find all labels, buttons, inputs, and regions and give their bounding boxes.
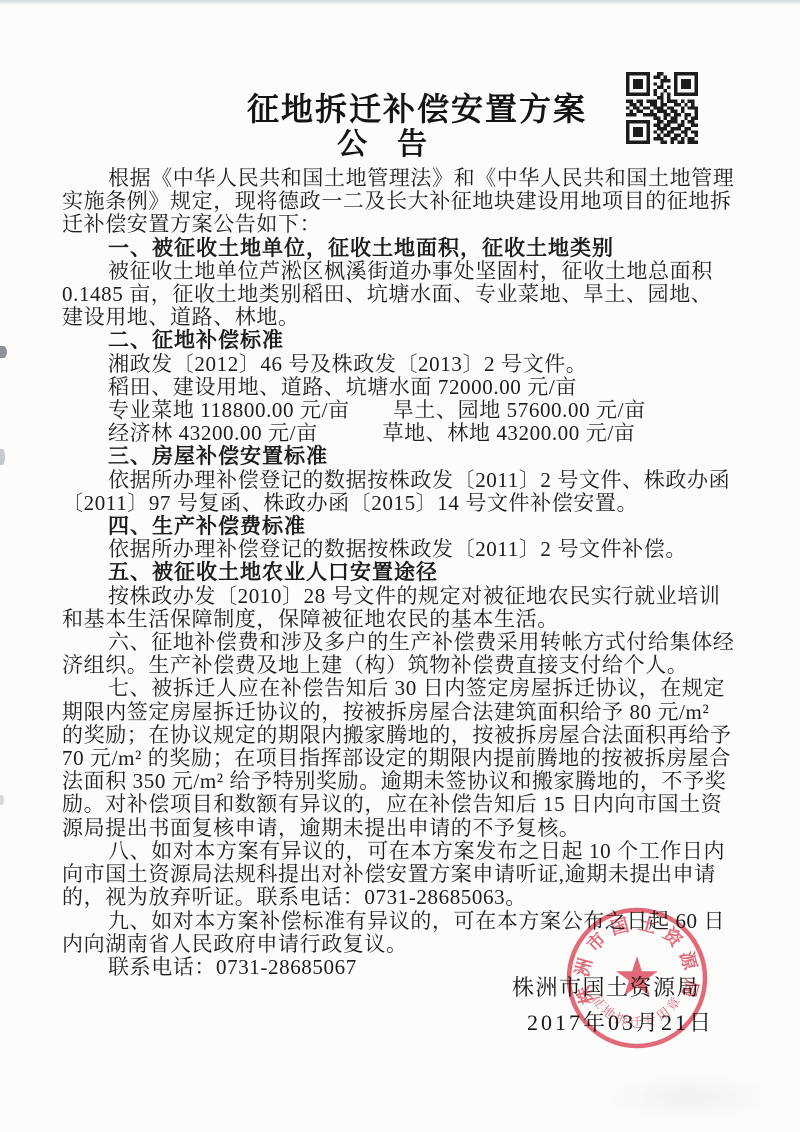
qr-module [674, 134, 677, 137]
body-line: 的奖励；在协议规定的期限内搬家腾地的，按被拆房屋合法面积再给予 [62, 724, 742, 747]
qr-module [681, 72, 684, 75]
qr-module [664, 89, 667, 92]
qr-module [653, 123, 656, 126]
qr-module [626, 86, 629, 89]
qr-module [633, 103, 636, 106]
qr-module [636, 86, 639, 89]
qr-module [629, 113, 632, 116]
qr-module [650, 110, 653, 113]
qr-module [647, 72, 650, 75]
qr-module [691, 117, 694, 120]
body-line: 经济林 43200.00 元/亩 草地、林地 43200.00 元/亩 [62, 422, 742, 445]
qr-module [629, 99, 632, 102]
qr-module [660, 103, 663, 106]
qr-module [636, 106, 639, 109]
qr-module [691, 130, 694, 133]
qr-module [640, 93, 643, 96]
qr-module [664, 110, 667, 113]
qr-module [653, 103, 656, 106]
qr-module [677, 103, 680, 106]
body-line: 专业菜地 118800.00 元/亩 旱土、园地 57600.00 元/亩 [62, 399, 742, 422]
section-heading: 三、房屋补偿安置标准 [62, 445, 742, 468]
qr-module [684, 72, 687, 75]
qr-module [640, 120, 643, 123]
qr-module [636, 110, 639, 113]
qr-code [626, 72, 698, 144]
qr-module [684, 117, 687, 120]
qr-module [626, 123, 629, 126]
qr-module [684, 127, 687, 130]
qr-module [657, 96, 660, 99]
qr-module [647, 89, 650, 92]
qr-module [657, 117, 660, 120]
qr-module [684, 79, 687, 82]
qr-module [650, 113, 653, 116]
qr-module [677, 141, 680, 144]
body-line: 依据所办理补偿登记的数据按株政发〔2011〕2 号文件、株政办函 [62, 469, 742, 492]
document-body: 根据《中华人民共和国土地管理法》和《中华人民共和国土地管理实施条例》规定，现将德… [0, 167, 800, 979]
qr-module [653, 89, 656, 92]
qr-module [695, 82, 698, 85]
qr-module [660, 110, 663, 113]
qr-module [691, 137, 694, 140]
qr-module [657, 110, 660, 113]
qr-module [688, 106, 691, 109]
qr-module [660, 72, 663, 75]
qr-module [633, 93, 636, 96]
qr-module [647, 99, 650, 102]
qr-module [653, 82, 656, 85]
qr-module [671, 120, 674, 123]
qr-module [674, 110, 677, 113]
body-line: 九、如对本方案补偿标准有异议的，可在本方案公布之日起 60 日 [62, 910, 742, 933]
qr-module [667, 106, 670, 109]
qr-module [626, 130, 629, 133]
qr-module [626, 99, 629, 102]
body-line: 济组织。生产补偿费及地上建（构）筑物补偿费直接支付给个人。 [62, 654, 742, 677]
qr-module [633, 72, 636, 75]
qr-module [626, 106, 629, 109]
qr-module [647, 106, 650, 109]
qr-module [688, 127, 691, 130]
qr-module [674, 86, 677, 89]
body-line: 实施条例》规定，现将德政一二及长大补征地块建设用地项目的征地拆 [62, 190, 742, 213]
qr-module [677, 134, 680, 137]
qr-module [636, 93, 639, 96]
qr-module [629, 72, 632, 75]
qr-module [681, 120, 684, 123]
qr-module [691, 120, 694, 123]
qr-module [633, 134, 636, 137]
qr-module [626, 127, 629, 130]
qr-module [660, 127, 663, 130]
qr-module [657, 120, 660, 123]
qr-module [633, 141, 636, 144]
qr-module [674, 72, 677, 75]
qr-module [640, 103, 643, 106]
qr-module [695, 72, 698, 75]
qr-module [657, 86, 660, 89]
qr-module [629, 141, 632, 144]
qr-module [636, 127, 639, 130]
qr-module [691, 123, 694, 126]
body-line: 七、被拆迁人应在补偿告知后 30 日内签定房屋拆迁协议，在规定 [62, 677, 742, 700]
qr-module [681, 79, 684, 82]
body-line: 湘政发〔2012〕46 号及株政发〔2013〕2 号文件。 [62, 353, 742, 376]
qr-module [695, 141, 698, 144]
qr-module [695, 130, 698, 133]
qr-module [664, 127, 667, 130]
qr-module [636, 72, 639, 75]
qr-module [684, 82, 687, 85]
qr-module [688, 79, 691, 82]
qr-module [667, 120, 670, 123]
qr-module [681, 93, 684, 96]
qr-module [626, 137, 629, 140]
qr-module [684, 130, 687, 133]
qr-module [660, 79, 663, 82]
body-line: 源局提出书面复核申请，逾期未提出申请的不予复核。 [62, 817, 742, 840]
qr-module [664, 123, 667, 126]
qr-module [684, 86, 687, 89]
qr-module [681, 99, 684, 102]
body-line: 六、征地补偿费和涉及多户的生产补偿费采用转帐方式付给集体经 [62, 631, 742, 654]
qr-module [636, 134, 639, 137]
qr-module [681, 141, 684, 144]
qr-module [681, 110, 684, 113]
qr-module [647, 137, 650, 140]
qr-module [643, 93, 646, 96]
qr-module [671, 127, 674, 130]
qr-module [691, 72, 694, 75]
qr-module [653, 137, 656, 140]
qr-module [640, 110, 643, 113]
qr-module [660, 106, 663, 109]
qr-module [653, 113, 656, 116]
qr-module [640, 72, 643, 75]
qr-module [671, 117, 674, 120]
section-heading: 二、征地补偿标准 [62, 329, 742, 352]
qr-module [674, 127, 677, 130]
qr-module [677, 123, 680, 126]
qr-module [629, 93, 632, 96]
qr-module [636, 82, 639, 85]
scan-smudge [600, 1072, 780, 1122]
qr-module [633, 106, 636, 109]
qr-module [657, 123, 660, 126]
qr-module [640, 127, 643, 130]
qr-module [643, 72, 646, 75]
scanned-announcement-page: 征地拆迁补偿安置方案 公 告 根据《中华人民共和国土地管理法》和《中华人民共和国… [0, 0, 800, 1132]
qr-module [626, 134, 629, 137]
qr-module [671, 110, 674, 113]
qr-module [626, 113, 629, 116]
qr-module [636, 99, 639, 102]
qr-module [647, 82, 650, 85]
qr-module [660, 141, 663, 144]
qr-module [647, 93, 650, 96]
qr-module [681, 82, 684, 85]
qr-module [688, 141, 691, 144]
qr-module [633, 120, 636, 123]
qr-module [681, 106, 684, 109]
qr-module [691, 141, 694, 144]
qr-module [681, 137, 684, 140]
body-line: 励。对补偿项目和数额有异议的，应在补偿告知后 15 日内向市国土资 [62, 793, 742, 816]
qr-module [674, 99, 677, 102]
qr-module [688, 99, 691, 102]
qr-module [653, 130, 656, 133]
qr-module [674, 79, 677, 82]
qr-module [660, 137, 663, 140]
qr-module [664, 134, 667, 137]
qr-module [688, 120, 691, 123]
qr-module [647, 123, 650, 126]
qr-module [643, 106, 646, 109]
qr-module [664, 79, 667, 82]
qr-module [653, 117, 656, 120]
qr-module [647, 86, 650, 89]
qr-module [626, 141, 629, 144]
body-line: 和基本生活保障制度，保障被征地农民的基本生活。 [62, 608, 742, 631]
qr-module [633, 127, 636, 130]
qr-module [695, 113, 698, 116]
qr-module [657, 75, 660, 78]
qr-module [640, 82, 643, 85]
qr-module [677, 127, 680, 130]
body-line: 〔2011〕97 号复函、株政办函〔2015〕14 号文件补偿安置。 [62, 492, 742, 515]
qr-module [681, 130, 684, 133]
body-line: 八、如对本方案有异议的，可在本方案发布之日起 10 个工作日内 [62, 840, 742, 863]
qr-module [660, 86, 663, 89]
qr-module [647, 141, 650, 144]
qr-module [633, 113, 636, 116]
qr-module [626, 75, 629, 78]
qr-module [674, 93, 677, 96]
qr-module [636, 79, 639, 82]
qr-module [667, 99, 670, 102]
qr-module [681, 86, 684, 89]
qr-module [633, 130, 636, 133]
body-line: 建设用地、道路、林地。 [62, 306, 742, 329]
qr-module [647, 127, 650, 130]
qr-module [677, 72, 680, 75]
qr-module [695, 79, 698, 82]
qr-module [691, 93, 694, 96]
qr-module [647, 134, 650, 137]
qr-module [671, 141, 674, 144]
qr-module [677, 93, 680, 96]
qr-module [629, 103, 632, 106]
qr-module [695, 75, 698, 78]
body-line: 被征收土地单位芦淞区枫溪街道办事处坚固村，征收土地总面积 [62, 260, 742, 283]
body-line: 0.1485 亩，征收土地类别稻田、坑塘水面、专业菜地、旱土、园地、 [62, 283, 742, 306]
qr-module [667, 96, 670, 99]
qr-module [636, 141, 639, 144]
qr-module [667, 79, 670, 82]
qr-module [688, 86, 691, 89]
qr-module [667, 130, 670, 133]
qr-module [647, 75, 650, 78]
qr-module [643, 120, 646, 123]
qr-module [643, 113, 646, 116]
qr-module [671, 99, 674, 102]
qr-module [688, 113, 691, 116]
qr-module [684, 113, 687, 116]
qr-module [647, 130, 650, 133]
section-heading: 四、生产补偿费标准 [62, 515, 742, 538]
qr-module [695, 110, 698, 113]
qr-module [640, 86, 643, 89]
qr-module [688, 137, 691, 140]
qr-module [664, 117, 667, 120]
qr-module [657, 137, 660, 140]
qr-module [657, 106, 660, 109]
qr-module [674, 117, 677, 120]
qr-module [695, 86, 698, 89]
qr-module [671, 130, 674, 133]
qr-module [664, 103, 667, 106]
qr-module [695, 117, 698, 120]
qr-module [653, 106, 656, 109]
qr-module [650, 103, 653, 106]
qr-module [667, 93, 670, 96]
qr-module [653, 93, 656, 96]
qr-module [626, 82, 629, 85]
qr-module [667, 134, 670, 137]
qr-module [695, 89, 698, 92]
qr-module [684, 134, 687, 137]
qr-module [688, 72, 691, 75]
body-line: 依据所办理补偿登记的数据按株政发〔2011〕2 号文件补偿。 [62, 538, 742, 561]
qr-module [695, 123, 698, 126]
qr-module [684, 93, 687, 96]
qr-module [688, 82, 691, 85]
qr-module [671, 106, 674, 109]
body-line: 法面积 350 元/m² 给予特别奖励。逾期未签协议和搬家腾地的，不予奖 [62, 770, 742, 793]
qr-module [657, 72, 660, 75]
qr-module [653, 99, 656, 102]
qr-module [674, 113, 677, 116]
signature-date: 2017年03月21日 [527, 1006, 714, 1037]
qr-module [647, 120, 650, 123]
body-line: 根据《中华人民共和国土地管理法》和《中华人民共和国土地管理 [62, 167, 742, 190]
qr-module [660, 99, 663, 102]
qr-module [629, 110, 632, 113]
qr-module [681, 123, 684, 126]
qr-module [667, 86, 670, 89]
qr-module [626, 89, 629, 92]
qr-module [636, 130, 639, 133]
qr-module [691, 106, 694, 109]
qr-module [674, 75, 677, 78]
qr-module [640, 130, 643, 133]
body-line: 70 元/m² 的奖励；在项目指挥部设定的期限内提前腾地的按被拆房屋合 [62, 747, 742, 770]
body-line: 内向湖南省人民政府申请行政复议。 [62, 933, 742, 956]
qr-module [660, 96, 663, 99]
body-line: 迁补偿安置方案公告如下： [62, 213, 742, 236]
body-line: 的，视为放弃听证。联系电话：0731-28685063。 [62, 886, 742, 909]
qr-module [674, 103, 677, 106]
body-line: 按株政办发〔2010〕28 号文件的规定对被征地农民实行就业培训 [62, 585, 742, 608]
qr-module [667, 123, 670, 126]
qr-module [633, 86, 636, 89]
qr-module [688, 93, 691, 96]
qr-module [695, 106, 698, 109]
qr-module [691, 99, 694, 102]
qr-module [664, 75, 667, 78]
qr-module [677, 113, 680, 116]
qr-module [667, 113, 670, 116]
qr-module [660, 130, 663, 133]
qr-module [671, 137, 674, 140]
body-line: 期限内签定房屋拆迁协议的，按被拆房屋合法建筑面积给予 80 元/m² [62, 701, 742, 724]
qr-module [640, 99, 643, 102]
qr-module [657, 134, 660, 137]
section-heading: 一、被征收土地单位，征收土地面积，征收土地类别 [62, 237, 742, 260]
section-heading: 五、被征收土地农业人口安置途径 [62, 561, 742, 584]
qr-module [626, 120, 629, 123]
qr-module [629, 120, 632, 123]
qr-module [664, 141, 667, 144]
body-line: 稻田、建设用地、道路、坑塘水面 72000.00 元/亩 [62, 376, 742, 399]
qr-module [674, 137, 677, 140]
qr-module [657, 127, 660, 130]
qr-module [660, 82, 663, 85]
qr-module [650, 99, 653, 102]
qr-module [640, 134, 643, 137]
body-line: 向市国土资源局法规科提出对补偿安置方案申请听证,逾期未提出申请 [62, 863, 742, 886]
qr-module [684, 103, 687, 106]
qr-module [626, 79, 629, 82]
qr-module [691, 103, 694, 106]
qr-module [643, 141, 646, 144]
qr-module [640, 141, 643, 144]
qr-module [695, 134, 698, 137]
qr-module [660, 120, 663, 123]
qr-module [660, 93, 663, 96]
qr-module [647, 79, 650, 82]
qr-module [664, 113, 667, 116]
qr-module [633, 79, 636, 82]
qr-module [640, 79, 643, 82]
qr-module [674, 82, 677, 85]
qr-module [674, 89, 677, 92]
signature-organization: 株洲市国土资源局 [512, 971, 700, 1002]
qr-module [626, 93, 629, 96]
qr-module [674, 120, 677, 123]
qr-module [695, 93, 698, 96]
qr-module [653, 75, 656, 78]
qr-module [647, 113, 650, 116]
qr-module [636, 120, 639, 123]
qr-module [633, 82, 636, 85]
qr-module [626, 72, 629, 75]
